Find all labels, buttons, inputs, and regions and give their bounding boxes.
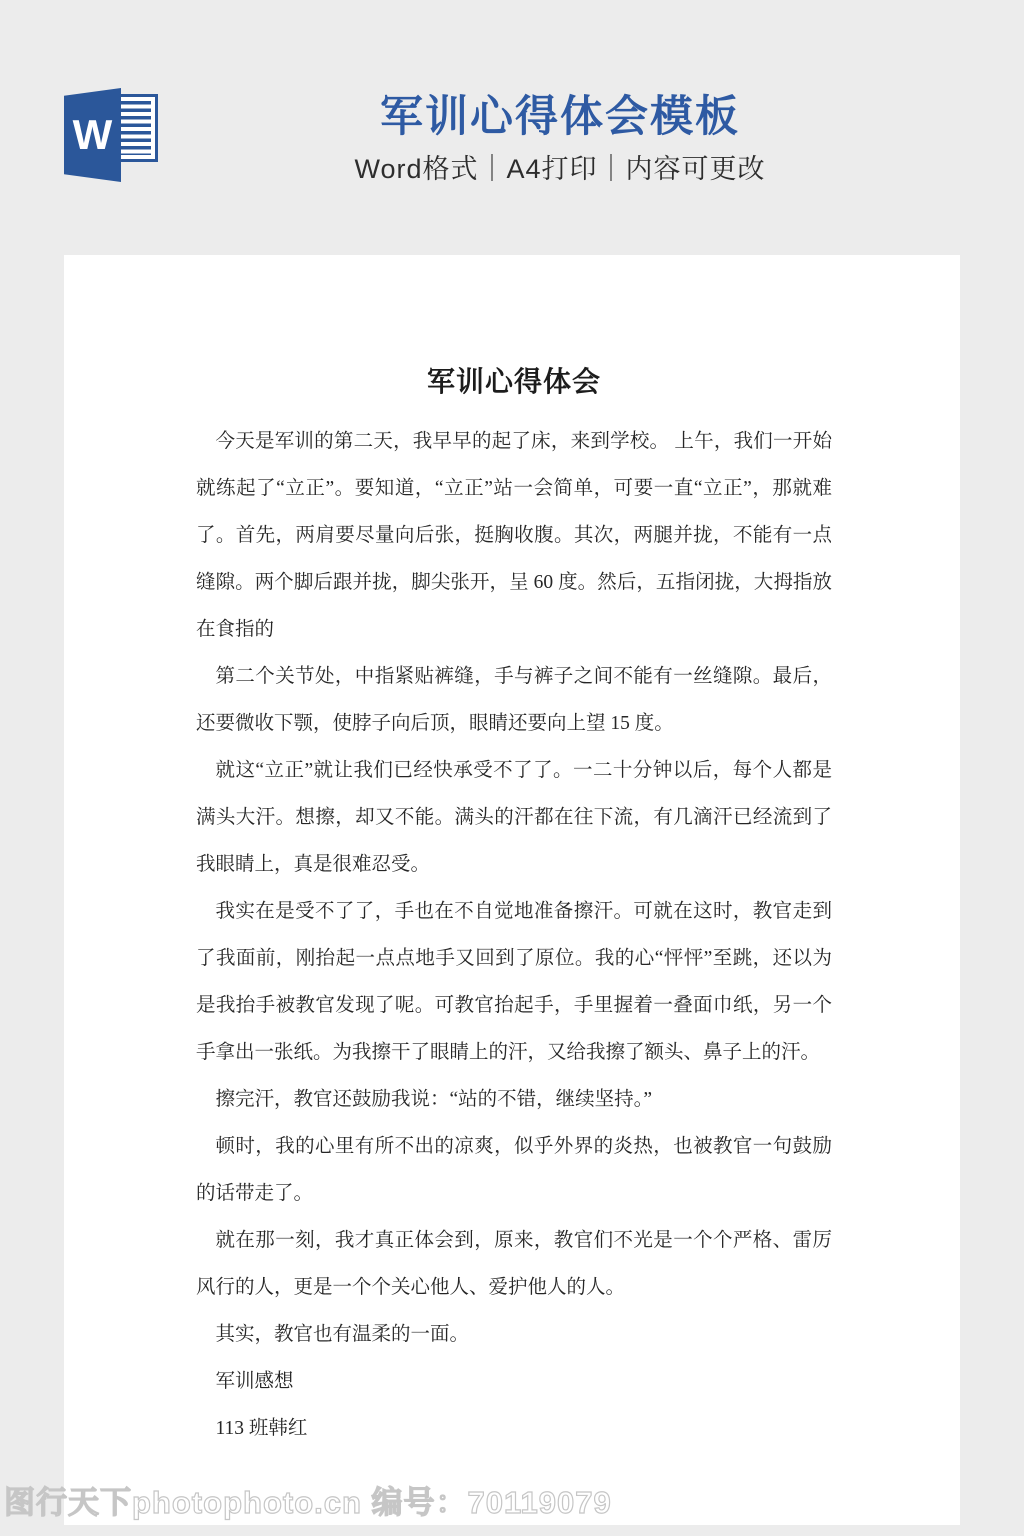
header-text: 军训心得体会模板 Word格式｜A4打印｜内容可更改	[170, 94, 950, 186]
document-paragraph: 今天是军训的第二天，我早早的起了床，来到学校。 上午，我们一开始就练起了“立正”…	[196, 418, 832, 653]
document-body: 今天是军训的第二天，我早早的起了床，来到学校。 上午，我们一开始就练起了“立正”…	[196, 418, 832, 1452]
document-page: 军训心得体会 今天是军训的第二天，我早早的起了床，来到学校。 上午，我们一开始就…	[64, 255, 960, 1525]
word-icon-letter: W	[73, 111, 113, 159]
document-paragraph: 第二个关节处，中指紧贴裤缝，手与裤子之间不能有一丝缝隙。最后，还要微收下颚，使脖…	[196, 653, 832, 747]
header: W 军训心得体会模板 Word格式｜A4打印｜内容可更改	[0, 0, 1024, 255]
document-paragraph: 顿时，我的心里有所不出的凉爽，似乎外界的炎热，也被教官一句鼓励的话带走了。	[196, 1123, 832, 1217]
page-subtitle: Word格式｜A4打印｜内容可更改	[170, 153, 950, 185]
word-icon: W	[64, 86, 160, 184]
document-paragraph: 113 班韩红	[196, 1405, 832, 1452]
document-paragraph: 军训感想	[196, 1358, 832, 1405]
document-paragraph: 我实在是受不了了，手也在不自觉地准备擦汗。可就在这时，教官走到了我面前，刚抬起一…	[196, 888, 832, 1076]
document-paragraph: 就这“立正”就让我们已经快承受不了了。一二十分钟以后，每个人都是满头大汗。想擦，…	[196, 747, 832, 888]
document-paragraph: 其实，教官也有温柔的一面。	[196, 1311, 832, 1358]
page-title: 军训心得体会模板	[170, 94, 950, 141]
watermark: 图行天下photophoto.cn 编号：70119079	[4, 1486, 612, 1520]
document-paragraph: 就在那一刻，我才真正体会到，原来，教官们不光是一个个严格、雷厉风行的人，更是一个…	[196, 1217, 832, 1311]
word-icon-flap: W	[64, 86, 121, 184]
document-paragraph: 擦完汗，教官还鼓励我说：“站的不错，继续坚持。”	[196, 1076, 832, 1123]
document-title: 军训心得体会	[196, 359, 832, 406]
